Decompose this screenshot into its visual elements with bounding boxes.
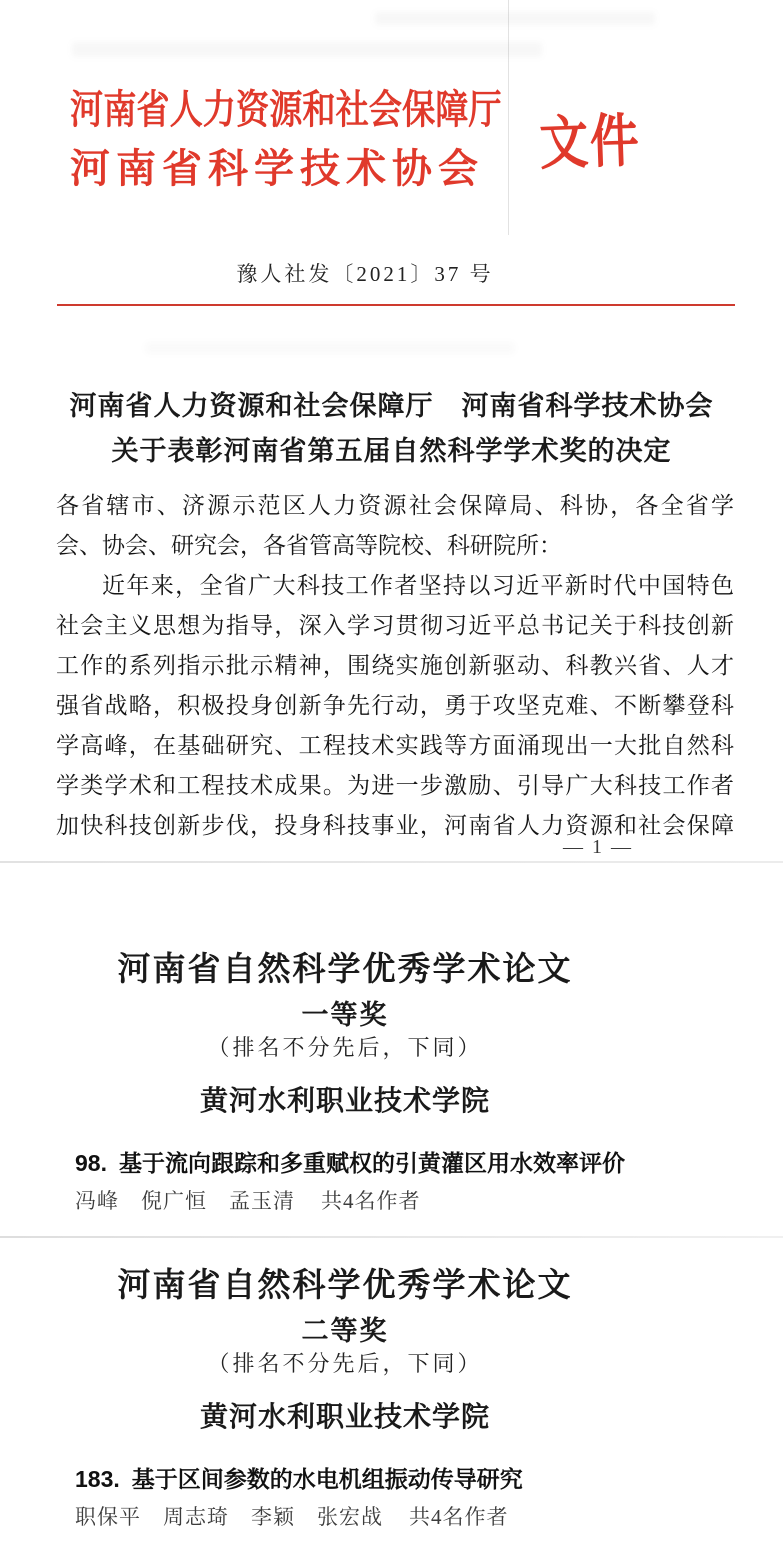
- letterhead-organizations: 河南省人力资源和社会保障厅 河南省科学技术协会: [70, 88, 510, 192]
- org-name-cast: 河南省科学技术协会: [70, 146, 510, 192]
- entry-authors: 冯峰 倪广恒 孟玉清共4名作者: [75, 1188, 690, 1215]
- page-boundary: [0, 1236, 783, 1238]
- award-note: （排名不分先后，下同）: [0, 1350, 690, 1377]
- body-line: 学高峰，在基础研究、工程技术实践等方面涌现出一大批自然科: [56, 726, 734, 766]
- award-section-second-prize: 河南省自然科学优秀学术论文 二等奖 （排名不分先后，下同） 黄河水利职业技术学院…: [0, 1266, 690, 1531]
- entry-number: 98.: [75, 1150, 107, 1176]
- page-boundary: [0, 861, 783, 863]
- document-title-line2: 关于表彰河南省第五届自然科学学术奖的决定: [0, 429, 783, 474]
- entry-authors-count: 共4名作者: [321, 1189, 421, 1213]
- award-section-first-prize: 河南省自然科学优秀学术论文 一等奖 （排名不分先后，下同） 黄河水利职业技术学院…: [0, 950, 690, 1215]
- document-type-label: 文件: [539, 112, 642, 173]
- award-note: （排名不分先后，下同）: [0, 1034, 690, 1061]
- entry-authors-count: 共4名作者: [409, 1505, 509, 1529]
- award-entry: 183.基于区间参数的水电机组振动传导研究 职保平 周志琦 李颖 张宏战共4名作…: [0, 1464, 690, 1531]
- org-name-hrss: 河南省人力资源和社会保障厅: [70, 88, 435, 132]
- scanned-document-page: 河南省人力资源和社会保障厅 河南省科学技术协会 文件 豫人社发〔2021〕37 …: [0, 0, 783, 1552]
- entry-author-names: 冯峰 倪广恒 孟玉清: [75, 1189, 295, 1213]
- award-grade: 一等奖: [0, 998, 690, 1032]
- scan-bleed-artifact: [145, 342, 515, 354]
- document-number: 豫人社发〔2021〕37 号: [0, 258, 730, 288]
- body-line: 近年来，全省广大科技工作者坚持以习近平新时代中国特色: [56, 566, 734, 606]
- entry-title-line: 98.基于流向跟踪和多重赋权的引黄灌区用水效率评价: [75, 1148, 690, 1178]
- award-entry: 98.基于流向跟踪和多重赋权的引黄灌区用水效率评价 冯峰 倪广恒 孟玉清共4名作…: [0, 1148, 690, 1215]
- entry-title: 基于区间参数的水电机组振动传导研究: [132, 1466, 523, 1492]
- body-line: 各省辖市、济源示范区人力资源社会保障局、科协，各全省学: [56, 486, 734, 526]
- body-line: 社会主义思想为指导，深入学习贯彻习近平总书记关于科技创新: [56, 606, 734, 646]
- page-number: — 1 —: [548, 836, 648, 859]
- entry-author-names: 职保平 周志琦 李颖 张宏战: [75, 1505, 383, 1529]
- entry-number: 183.: [75, 1466, 120, 1492]
- award-heading: 河南省自然科学优秀学术论文: [0, 950, 690, 990]
- body-line: 会、协会、研究会，各省管高等院校、科研院所：: [56, 526, 734, 566]
- entry-title: 基于流向跟踪和多重赋权的引黄灌区用水效率评价: [119, 1150, 625, 1176]
- red-divider-rule: [57, 304, 735, 306]
- document-body: 各省辖市、济源示范区人力资源社会保障局、科协，各全省学 会、协会、研究会，各省管…: [56, 486, 734, 846]
- entry-authors: 职保平 周志琦 李颖 张宏战共4名作者: [75, 1504, 690, 1531]
- document-title-line1: 河南省人力资源和社会保障厅 河南省科学技术协会: [0, 384, 783, 429]
- award-grade: 二等奖: [0, 1314, 690, 1348]
- scan-bleed-artifact: [375, 12, 655, 25]
- award-organization: 黄河水利职业技术学院: [0, 1084, 690, 1120]
- document-title: 河南省人力资源和社会保障厅 河南省科学技术协会 关于表彰河南省第五届自然科学学术…: [0, 384, 783, 474]
- letterhead: 河南省人力资源和社会保障厅 河南省科学技术协会 文件: [70, 88, 650, 192]
- entry-title-line: 183.基于区间参数的水电机组振动传导研究: [75, 1464, 690, 1494]
- award-heading: 河南省自然科学优秀学术论文: [0, 1266, 690, 1306]
- body-line: 强省战略，积极投身创新争先行动，勇于攻坚克难、不断攀登科: [56, 686, 734, 726]
- scan-bleed-artifact: [72, 42, 542, 57]
- award-organization: 黄河水利职业技术学院: [0, 1400, 690, 1436]
- body-line: 学类学术和工程技术成果。为进一步激励、引导广大科技工作者: [56, 766, 734, 806]
- body-line: 工作的系列指示批示精神，围绕实施创新驱动、科教兴省、人才: [56, 646, 734, 686]
